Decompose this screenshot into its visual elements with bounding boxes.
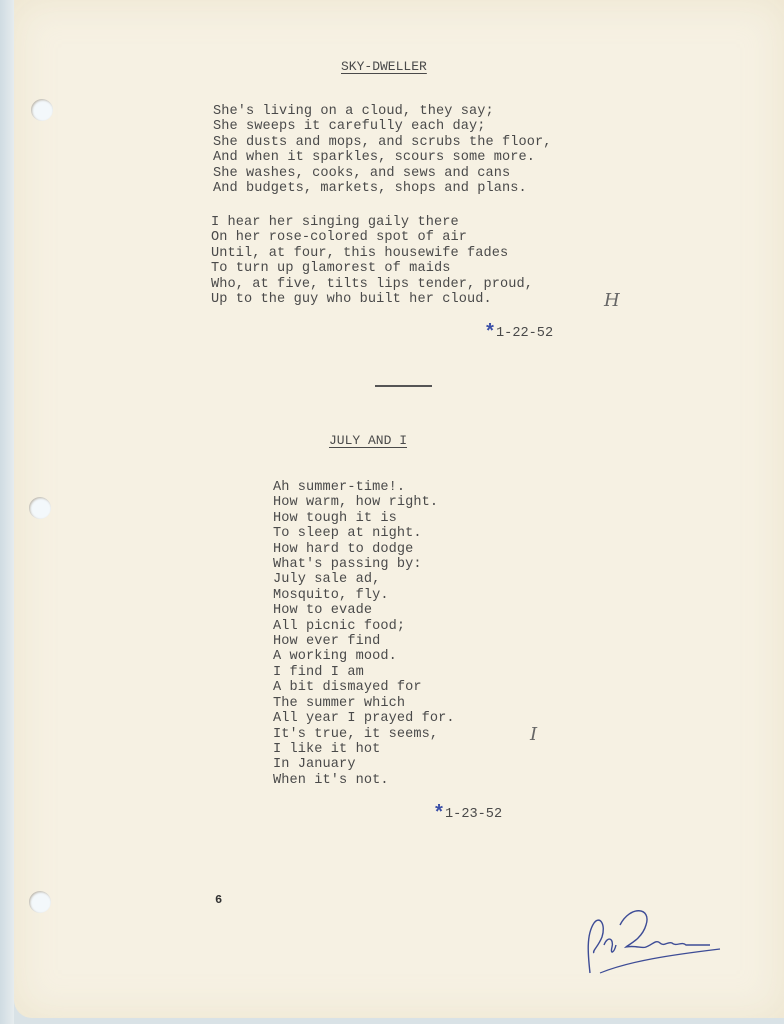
- poem-title: JULY AND I: [329, 433, 407, 448]
- poem-stanza: Ah summer-time!. How warm, how right. Ho…: [273, 480, 455, 788]
- asterisk-icon: *: [433, 803, 445, 826]
- poem-stanza: I hear her singing gaily there On her ro…: [211, 215, 533, 307]
- punch-hole: [31, 99, 53, 121]
- page-number: 6: [215, 893, 222, 907]
- punch-hole: [29, 497, 51, 519]
- poem-date: *1-23-52: [433, 803, 502, 826]
- signature: [580, 895, 730, 985]
- scan-edge: [0, 0, 14, 1024]
- margin-mark: I: [530, 724, 537, 745]
- poem-title: SKY-DWELLER: [341, 59, 427, 74]
- punch-hole: [29, 891, 51, 913]
- poem-stanza: She's living on a cloud, they say; She s…: [213, 104, 552, 196]
- margin-mark: H: [604, 290, 620, 311]
- asterisk-icon: *: [484, 322, 496, 345]
- poem-date: *1-22-52: [484, 322, 553, 345]
- section-divider: [375, 385, 432, 387]
